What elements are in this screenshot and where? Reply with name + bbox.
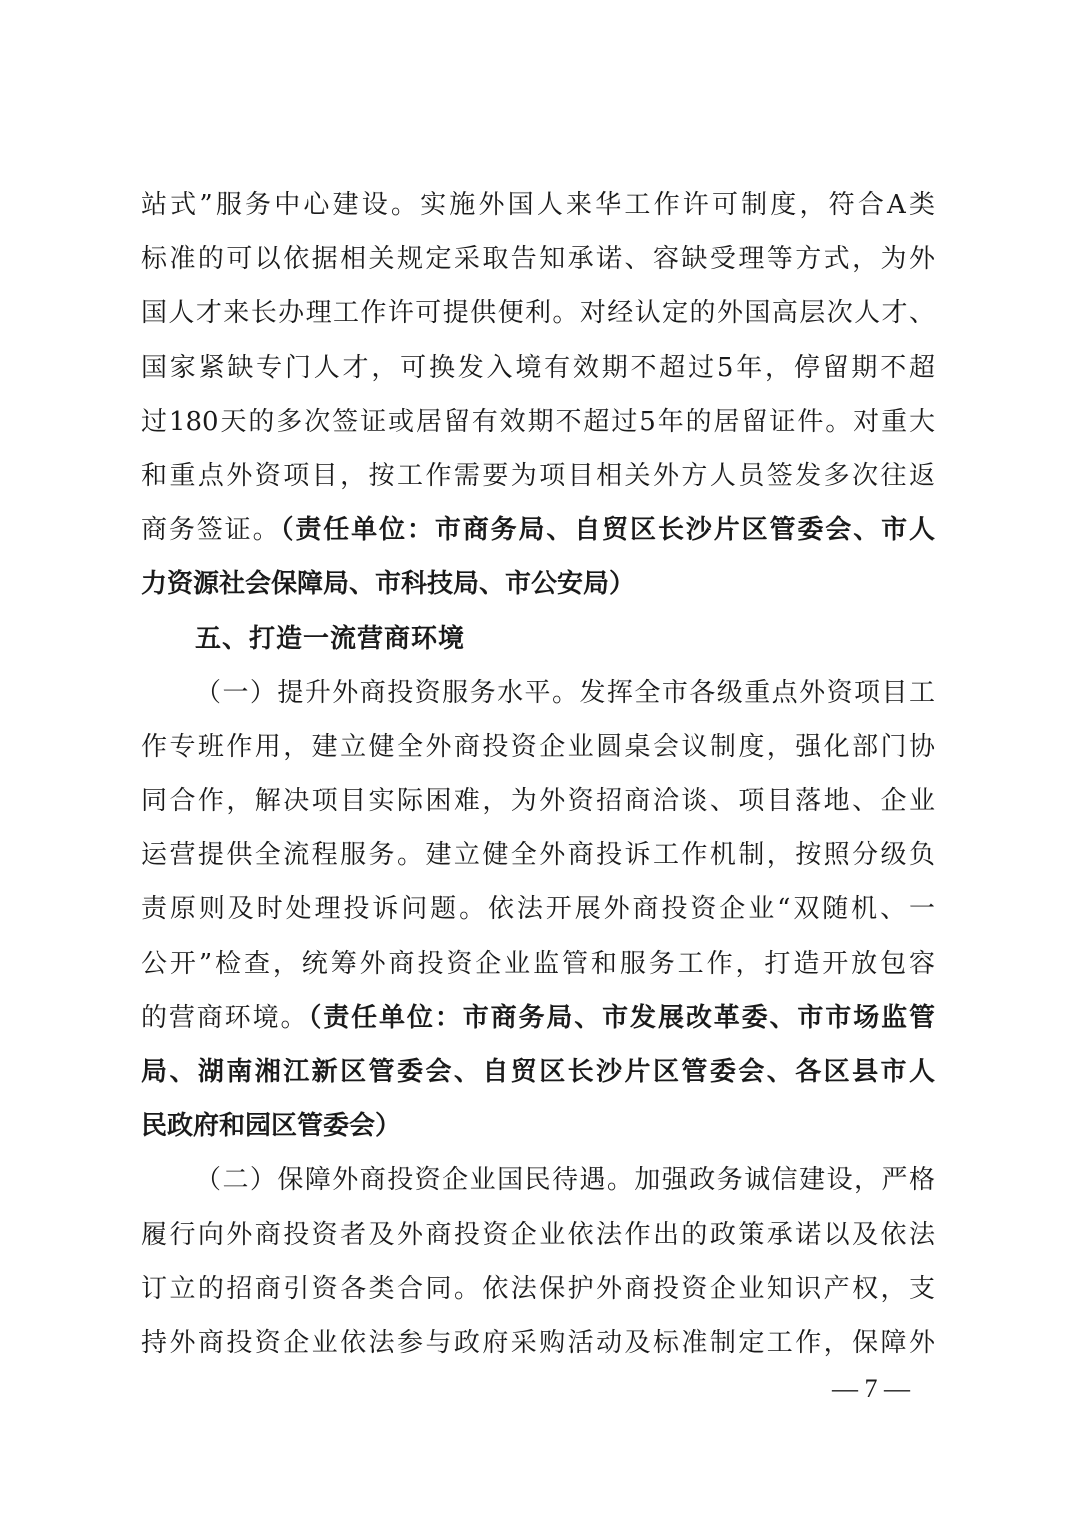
- text-line: 站式”服务中心建设。实施外国人来华工作许可制度，符合A类: [141, 178, 935, 232]
- responsible-units: （责任单位：市商务局、自贸区长沙片区管委会、市人: [280, 515, 935, 545]
- document-body: 站式”服务中心建设。实施外国人来华工作许可制度，符合A类 标准的可以依据相关规定…: [141, 178, 935, 1370]
- text-normal: 的营商环境。: [141, 1003, 308, 1033]
- text-line: 运营提供全流程服务。建立健全外商投诉工作机制，按照分级负: [141, 828, 935, 882]
- text-line: 作专班作用，建立健全外商投资企业圆桌会议制度，强化部门协: [141, 720, 935, 774]
- text-line: 公开”检查，统筹外商投资企业监管和服务工作，打造开放包容: [141, 937, 935, 991]
- section-heading: 五、打造一流营商环境: [141, 612, 935, 666]
- text-line: 的营商环境。（责任单位：市商务局、市发展改革委、市市场监管: [141, 991, 935, 1045]
- text-line: 履行向外商投资者及外商投资企业依法作出的政策承诺以及依法: [141, 1208, 935, 1262]
- text-line: 标准的可以依据相关规定采取告知承诺、容缺受理等方式，为外: [141, 232, 935, 286]
- subsection-2-title: （二）保障外商投资企业国民待遇。: [195, 1165, 634, 1195]
- text-line: 同合作，解决项目实际困难，为外资招商洽谈、项目落地、企业: [141, 774, 935, 828]
- responsible-units-cont: 力资源社会保障局、市科技局、市公安局）: [141, 557, 935, 611]
- text-line: 订立的招商引资各类合同。依法保护外商投资企业知识产权，支: [141, 1262, 935, 1316]
- subsection-1-title: （一）提升外商投资服务水平。: [195, 678, 579, 708]
- text-line: 和重点外资项目，按工作需要为项目相关外方人员签发多次往返: [141, 449, 935, 503]
- responsible-units-cont: 民政府和园区管委会）: [141, 1099, 935, 1153]
- subsection-1-first-line: （一）提升外商投资服务水平。发挥全市各级重点外资项目工: [141, 666, 935, 720]
- document-page: 站式”服务中心建设。实施外国人来华工作许可制度，符合A类 标准的可以依据相关规定…: [0, 0, 1075, 1520]
- text-line: 商务签证。（责任单位：市商务局、自贸区长沙片区管委会、市人: [141, 503, 935, 557]
- page-number: — 7 —: [826, 1374, 916, 1404]
- text-normal: 加强政务诚信建设，严格: [634, 1165, 935, 1195]
- responsible-units-cont: 局、湖南湘江新区管委会、自贸区长沙片区管委会、各区县市人: [141, 1045, 935, 1099]
- text-normal: 商务签证。: [141, 515, 280, 545]
- text-line: 过180天的多次签证或居留有效期不超过5年的居留证件。对重大: [141, 395, 935, 449]
- subsection-2-first-line: （二）保障外商投资企业国民待遇。加强政务诚信建设，严格: [141, 1153, 935, 1207]
- text-line: 持外商投资企业依法参与政府采购活动及标准制定工作，保障外: [141, 1316, 935, 1370]
- responsible-units: （责任单位：市商务局、市发展改革委、市市场监管: [308, 1003, 935, 1033]
- text-line: 责原则及时处理投诉问题。依法开展外商投资企业“双随机、一: [141, 882, 935, 936]
- text-line: 国人才来长办理工作许可提供便利。对经认定的外国高层次人才、: [141, 286, 935, 340]
- text-normal: 发挥全市各级重点外资项目工: [579, 678, 935, 708]
- text-line: 国家紧缺专门人才，可换发入境有效期不超过5年，停留期不超: [141, 341, 935, 395]
